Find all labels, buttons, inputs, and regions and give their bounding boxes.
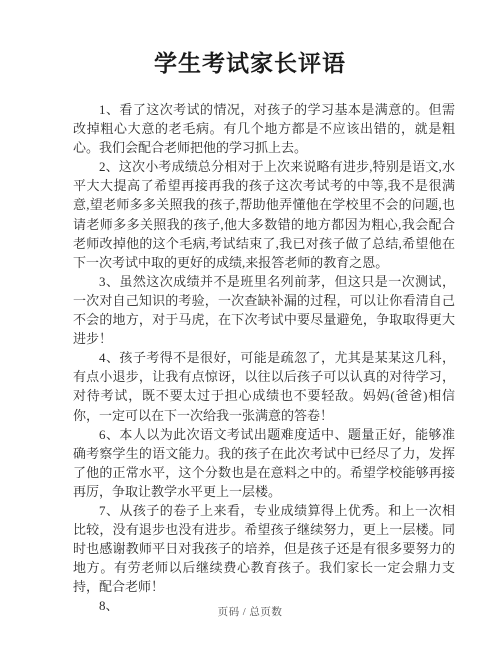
document-body: 1、看了这次考试的情况，对孩子的学习基本是满意的。但需改掉粗心大意的老毛病。有几… <box>73 100 455 616</box>
paragraph: 6、本人以为此次语文考试出题难度适中、题量正好，能够准确考察学生的语文能力。我的… <box>73 425 455 501</box>
document-page: 学生考试家长评语 1、看了这次考试的情况，对孩子的学习基本是满意的。但需改掉粗心… <box>0 0 500 647</box>
paragraph: 7、从孩子的卷子上来看，专业成绩算得上优秀。和上一次相比较，没有退步也没有进步。… <box>73 501 455 596</box>
page-number-footer: 页码 / 总页数 <box>0 604 500 619</box>
paragraph: 4、孩子考得不是很好，可能是疏忽了，尤其是某某这几科，有点小退步，让我有点惊讶，… <box>73 348 455 424</box>
paragraph: 1、看了这次考试的情况，对孩子的学习基本是满意的。但需改掉粗心大意的老毛病。有几… <box>73 100 455 157</box>
paragraph: 3、虽然这次成绩并不是班里名列前茅，但这只是一次测试，一次对自己知识的考验，一次… <box>73 272 455 348</box>
paragraph: 2、这次小考成绩总分相对于上次来说略有进步,特别是语文,水平大大提高了希望再接再… <box>73 157 455 272</box>
page-title: 学生考试家长评语 <box>0 0 500 78</box>
